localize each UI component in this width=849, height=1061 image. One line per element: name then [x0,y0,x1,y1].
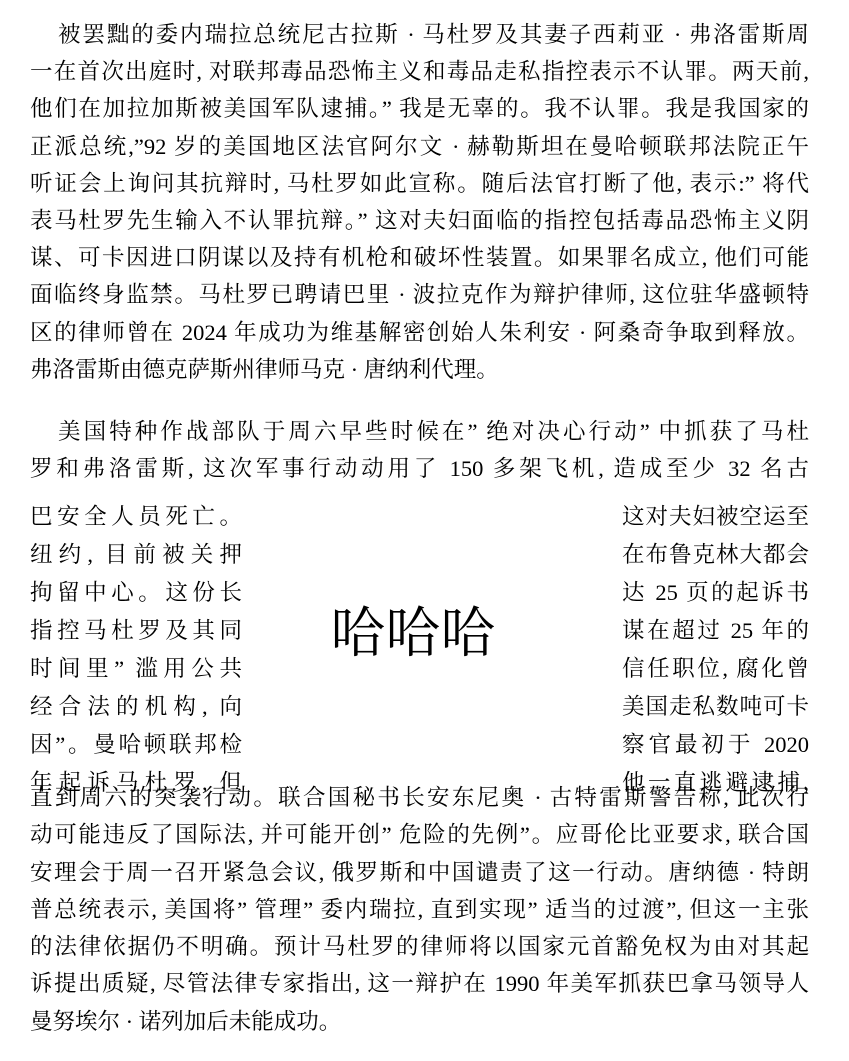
text-line: 谋、可卡因进口阴谋以及持有机枪和破坏性装置。如果罪名成立, 他们可能 [30,239,809,276]
wrap-row: 因”。曼哈顿联邦检 察官最初于 2020 [30,726,809,764]
text-line: 诉提出质疑, 尽管法律专家指出, 这一辩护在 1990 年美军抓获巴拿马领导人 [30,965,809,1002]
text-line: 的法律依据仍不明确。预计马杜罗的律师将以国家元首豁免权为由对其起 [30,928,809,965]
wrap-right-text: 达 25 页的起诉书 [622,574,809,612]
wrap-left-text: 纽约, 目前被关押 [30,536,242,574]
center-inset-text: 哈哈哈 [240,604,586,664]
text-line: 面临终身监禁。马杜罗已聘请巴里 · 波拉克作为辩护律师, 这位驻华盛顿特 [30,276,809,313]
text-line: 听证会上询问其抗辩时, 马杜罗如此宣称。随后法官打断了他, 表示:” 将代 [30,165,809,202]
wrap-row: 纽约, 目前被关押 在布鲁克林大都会 [30,536,809,574]
wrap-right-text: 谋在超过 25 年的 [622,612,809,650]
text-line: 动可能违反了国际法, 并可能开创” 危险的先例”。应哥伦比亚要求, 联合国 [30,816,809,853]
paragraph-2-intro: 美国特种作战部队于周六早些时候在” 绝对决心行动” 中抓获了马杜 罗和弗洛雷斯,… [30,413,809,487]
wrap-left-text: 时间里” 滥用公共 [30,650,242,688]
paragraph-3: 直到周六的突袭行动。联合国秘书长安东尼奥 · 古特雷斯警告称, 此次行 动可能违… [30,779,809,1040]
paragraph-1: 被罢黜的委内瑞拉总统尼古拉斯 · 马杜罗及其妻子西莉亚 · 弗洛雷斯周 一在首次… [30,16,809,388]
text-line: 区的律师曾在 2024 年成功为维基解密创始人朱利安 · 阿桑奇争取到释放。 [30,314,809,351]
wrap-row: 经合法的机构, 向 美国走私数吨可卡 [30,688,809,726]
text-line: 弗洛雷斯由德克萨斯州律师马克 · 唐纳利代理。 [30,351,809,388]
text-line: 被罢黜的委内瑞拉总统尼古拉斯 · 马杜罗及其妻子西莉亚 · 弗洛雷斯周 [30,16,809,53]
text-line: 正派总统,”92 岁的美国地区法官阿尔文 · 赫勒斯坦在曼哈顿联邦法院正午 [30,128,809,165]
text-line: 表马杜罗先生输入不认罪抗辩。” 这对夫妇面临的指控包括毒品恐怖主义阴 [30,202,809,239]
wrap-left-text: 指控马杜罗及其同 [30,612,242,650]
wrap-left-text: 拘留中心。这份长 [30,574,242,612]
wrap-right-text: 这对夫妇被空运至 [622,498,809,536]
text-line: 一在首次出庭时, 对联邦毒品恐怖主义和毒品走私指控表示不认罪。两天前, [30,53,809,90]
document-page: 被罢黜的委内瑞拉总统尼古拉斯 · 马杜罗及其妻子西莉亚 · 弗洛雷斯周 一在首次… [0,0,849,1061]
text-line: 曼努埃尔 · 诺列加后未能成功。 [30,1003,809,1040]
text-line: 美国特种作战部队于周六早些时候在” 绝对决心行动” 中抓获了马杜 [30,413,809,450]
text-line: 罗和弗洛雷斯, 这次军事行动动用了 150 多架飞机, 造成至少 32 名古 [30,450,809,487]
wrap-right-text: 美国走私数吨可卡 [622,688,809,726]
wrap-right-text: 在布鲁克林大都会 [622,536,809,574]
wrap-left-text: 因”。曼哈顿联邦检 [30,726,242,764]
text-line: 直到周六的突袭行动。联合国秘书长安东尼奥 · 古特雷斯警告称, 此次行 [30,779,809,816]
wrap-right-text: 信任职位, 腐化曾 [622,650,809,688]
wrap-row: 巴安全人员死亡。 这对夫妇被空运至 [30,498,809,536]
text-line: 安理会于周一召开紧急会议, 俄罗斯和中国谴责了这一行动。唐纳德 · 特朗 [30,854,809,891]
text-line: 普总统表示, 美国将” 管理” 委内瑞拉, 直到实现” 适当的过渡”, 但这一主… [30,891,809,928]
text-line: 他们在加拉加斯被美国军队逮捕。” 我是无辜的。我不认罪。我是我国家的 [30,90,809,127]
wrap-right-text: 察官最初于 2020 [622,726,809,764]
wrap-left-text: 经合法的机构, 向 [30,688,242,726]
wrap-left-text: 巴安全人员死亡。 [30,498,242,536]
